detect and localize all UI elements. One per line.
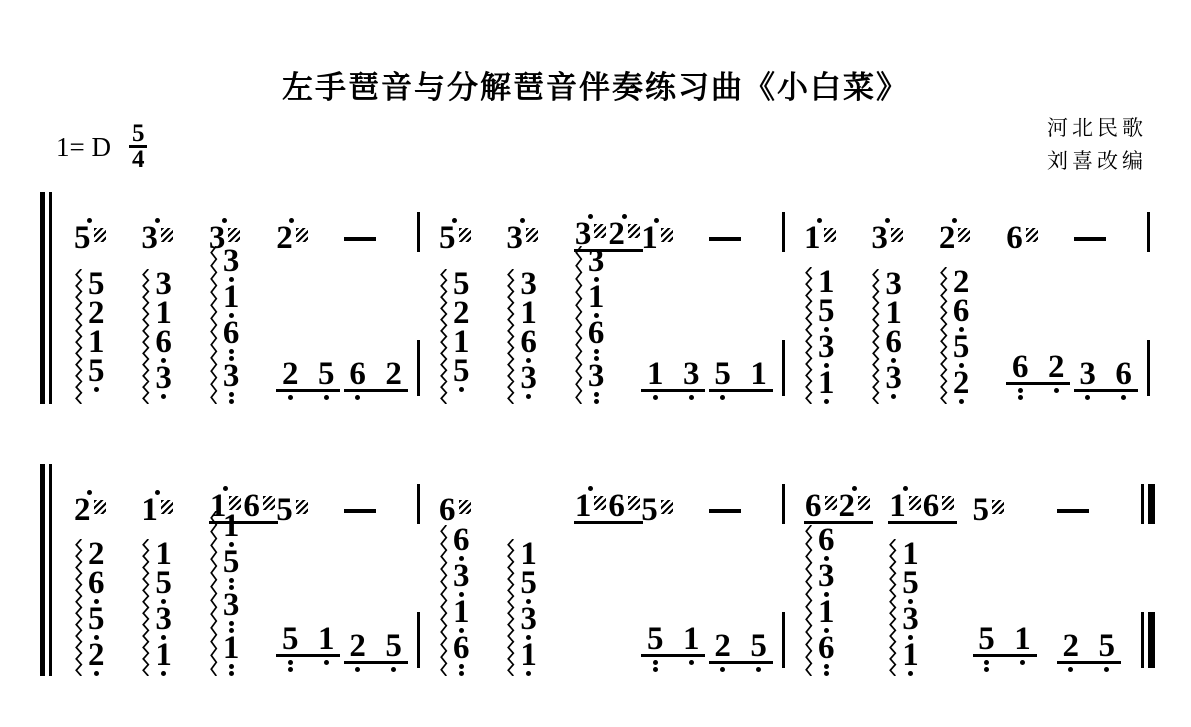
note-number: 6 xyxy=(1006,225,1023,252)
arpeggio-wavy-line-icon xyxy=(141,539,150,676)
arpeggio-wavy-line-icon xyxy=(141,269,150,404)
arpeggio-line xyxy=(439,525,448,676)
melody-cell xyxy=(1141,464,1155,524)
arpeggio-line xyxy=(74,269,83,404)
note-number: 5 xyxy=(1095,633,1119,660)
beat-column: 551 xyxy=(641,464,708,676)
note-number: 1 xyxy=(889,493,906,520)
accompaniment-cell: 5215 xyxy=(74,252,141,404)
octave-dots-below xyxy=(314,660,338,672)
chord-note: 1 xyxy=(520,541,537,568)
tremolo-mark-icon xyxy=(858,496,870,510)
chord-stack: 3163 xyxy=(223,246,240,404)
note-number: 6 xyxy=(223,320,240,347)
melody-cell xyxy=(1141,192,1155,252)
chord-note: 2 xyxy=(453,300,470,327)
note-number: 5 xyxy=(453,271,470,298)
note-number: 3 xyxy=(588,363,605,390)
system: 2265211531161531551256631615311655125626… xyxy=(40,464,1155,676)
octave-dots-below xyxy=(711,667,735,672)
pair-dots-row xyxy=(973,660,1037,672)
octave-dots-below xyxy=(594,392,599,404)
note-row: 2 xyxy=(608,221,640,248)
note-number: 3 xyxy=(818,563,835,590)
barline xyxy=(1147,340,1150,396)
pair-dots-row xyxy=(1074,395,1138,400)
note-number: 1 xyxy=(88,329,105,356)
chord-note: 3 xyxy=(520,606,537,640)
sheet-music-page: 左手琶音与分解琶音伴奏练习曲《小白菜》 1= D 5 4 河北民歌 刘喜改编 5… xyxy=(0,0,1191,727)
octave-dots-below xyxy=(161,394,166,399)
arpeggio-chord: 6316 xyxy=(804,525,835,676)
melody-note: 2 xyxy=(608,211,640,248)
accompaniment-cell: 2652 xyxy=(939,252,1006,404)
beat-column: 55215 xyxy=(74,192,141,404)
chord-note: 5 xyxy=(520,570,537,604)
bass-note-pair: 62 xyxy=(344,361,408,400)
note-row: 6 xyxy=(243,493,275,520)
arpeggio-wavy-line-icon xyxy=(804,267,813,404)
octave-dot-below-icon xyxy=(1054,388,1059,393)
melody-cell: 3 xyxy=(506,192,573,252)
octave-dots-below xyxy=(747,667,771,672)
note-number: 1 xyxy=(155,541,172,568)
pair-dots-row xyxy=(276,660,340,672)
barline xyxy=(417,484,420,524)
chord-note: 1 xyxy=(902,541,919,568)
octave-dot-below-icon xyxy=(288,395,293,400)
octave-dot-below-icon xyxy=(324,395,329,400)
accompaniment-cell: 1531 xyxy=(888,524,972,676)
pair-dots-row xyxy=(344,395,408,400)
note-number: 5 xyxy=(902,570,919,597)
melody-cell xyxy=(709,192,776,252)
octave-dot-below-icon xyxy=(1085,395,1090,400)
note-number: 5 xyxy=(88,606,105,633)
octave-dots-below xyxy=(679,395,703,400)
note-number: 3 xyxy=(141,225,158,252)
chord-note: 3 xyxy=(520,365,537,399)
melody-note: 3 xyxy=(141,215,173,252)
note-number: 6 xyxy=(155,329,172,356)
melody-cell: 1 xyxy=(141,464,208,524)
arpeggio-chord: 1531 xyxy=(804,267,835,404)
melody-cell: 3 xyxy=(141,192,208,252)
octave-dots-below xyxy=(278,660,302,672)
note-number: 1 xyxy=(223,284,240,311)
song-title: 左手琶音与分解琶音伴奏练习曲《小白菜》 xyxy=(0,62,1191,107)
chord-stack: 2652 xyxy=(88,539,105,676)
duration-dash xyxy=(1074,237,1106,242)
chord-note: 6 xyxy=(453,527,470,561)
chord-note: 1 xyxy=(818,370,835,404)
octave-dot-below-icon xyxy=(161,671,166,676)
octave-dots-below xyxy=(679,660,703,672)
note-row: 1 xyxy=(141,497,173,524)
melody-note: 2 xyxy=(276,215,308,252)
accompaniment-cell xyxy=(574,524,641,676)
arpeggio-wavy-line-icon xyxy=(939,267,948,404)
octave-dots-below xyxy=(975,660,999,672)
note-number: 5 xyxy=(223,549,240,576)
octave-dots-below xyxy=(711,395,735,400)
pair-dots-row xyxy=(709,667,773,672)
accompaniment-cell: 3163 xyxy=(871,252,938,404)
barline-column xyxy=(776,464,790,676)
octave-dots-below xyxy=(526,671,531,676)
note-number: 5 xyxy=(453,358,470,385)
tremolo-mark-icon xyxy=(824,228,836,242)
note-number: 1 xyxy=(1011,626,1035,653)
chord-note: 3 xyxy=(885,271,902,298)
octave-dots-below xyxy=(1112,395,1136,400)
octave-dot-below-icon xyxy=(229,621,234,626)
arpeggio-wavy-line-icon xyxy=(506,269,515,404)
pair-dots-row xyxy=(1006,388,1070,400)
octave-dot-below-icon xyxy=(229,671,234,676)
accompaniment-cell: 51 xyxy=(973,524,1057,676)
system: 5521533163331632256255215331633231631135… xyxy=(40,192,1155,404)
pair-underlined-row: 51 xyxy=(276,626,340,657)
octave-dot-below-icon xyxy=(355,667,360,672)
tremolo-mark-icon xyxy=(1026,228,1038,242)
beat-column: 161531 xyxy=(209,464,276,676)
octave-dot-below-icon xyxy=(161,394,166,399)
note-number: 2 xyxy=(953,370,970,397)
arpeggio-chord: 5215 xyxy=(439,269,470,404)
chord-note: 1 xyxy=(818,599,835,633)
note-number: 1 xyxy=(643,361,667,388)
beat-column: 25 xyxy=(344,464,411,676)
chord-stack: 1531 xyxy=(223,511,240,676)
note-number: 5 xyxy=(155,570,172,597)
underlined-note-group: 62 xyxy=(804,483,873,524)
tremolo-mark-icon xyxy=(628,224,640,238)
barline-thick xyxy=(1148,612,1155,668)
octave-dot-below-icon xyxy=(229,399,234,404)
beat-column: 25 xyxy=(709,464,776,676)
melody-cell xyxy=(344,464,411,524)
octave-dot-below-icon xyxy=(391,667,396,672)
barline xyxy=(782,484,785,524)
note-number: 2 xyxy=(346,633,370,660)
note-number: 2 xyxy=(88,300,105,327)
tremolo-mark-icon xyxy=(594,224,606,238)
pair-underlined-row: 25 xyxy=(1057,633,1121,664)
tremolo-mark-icon xyxy=(992,500,1004,514)
octave-dots-below xyxy=(1008,388,1032,400)
chord-note: 2 xyxy=(953,269,970,296)
octave-dot-below-icon xyxy=(1018,395,1023,400)
accompaniment-cell: 13 xyxy=(641,252,708,404)
melody-cell xyxy=(1057,464,1141,524)
octave-dot-below-icon xyxy=(594,399,599,404)
note-number: 5 xyxy=(278,626,302,653)
beat-column: 225 xyxy=(276,192,343,404)
note-number: 1 xyxy=(885,300,902,327)
chord-stack: 5215 xyxy=(88,269,105,404)
accompaniment-cell: 3163 xyxy=(141,252,208,404)
pair-dots-row xyxy=(276,395,340,400)
chord-note: 1 xyxy=(223,284,240,318)
octave-dot-below-icon xyxy=(689,660,694,665)
melody-cell: 32 xyxy=(574,192,641,252)
melody-note: 2 xyxy=(939,215,971,252)
duration-dash xyxy=(344,509,376,514)
barline-thick xyxy=(1148,484,1155,524)
note-number: 5 xyxy=(973,497,990,524)
chord-stack: 1531 xyxy=(520,539,537,676)
note-row: 2 xyxy=(839,493,871,520)
melody-note: 2 xyxy=(839,483,871,520)
credit-arranger: 刘喜改编 xyxy=(1047,145,1147,178)
chord-note: 3 xyxy=(223,363,240,404)
note-number: 3 xyxy=(506,225,523,252)
octave-dot-below-icon xyxy=(229,349,234,354)
octave-dot-below-icon xyxy=(94,387,99,392)
chord-note: 1 xyxy=(155,642,172,676)
arpeggio-chord: 2652 xyxy=(74,539,105,676)
chord-note: 2 xyxy=(88,300,105,327)
note-number: 1 xyxy=(588,284,605,311)
arpeggio-wavy-line-icon xyxy=(871,269,880,404)
note-number: 3 xyxy=(520,365,537,392)
octave-dots-below xyxy=(824,399,829,404)
bass-note-pair: 25 xyxy=(344,633,408,672)
chord-note: 1 xyxy=(155,541,172,568)
note-number: 3 xyxy=(885,271,902,298)
arpeggio-wavy-line-icon xyxy=(574,246,583,404)
chord-note: 6 xyxy=(155,329,172,363)
chord-note: 1 xyxy=(520,642,537,676)
accompaniment-cell: 62 xyxy=(1006,252,1073,404)
chord-note: 2 xyxy=(88,642,105,676)
note-number: 2 xyxy=(711,633,735,660)
chord-note: 1 xyxy=(902,642,919,676)
barline-thin xyxy=(1141,612,1144,668)
accompaniment-cell: 25 xyxy=(276,252,343,404)
note-number: 2 xyxy=(88,541,105,568)
note-number: 3 xyxy=(818,334,835,361)
arpeggio-line xyxy=(939,267,948,404)
octave-dots-below xyxy=(382,395,406,400)
note-row: 2 xyxy=(74,497,106,524)
arpeggio-wavy-line-icon xyxy=(209,246,218,404)
octave-dots-below xyxy=(278,395,302,400)
octave-dots-below xyxy=(459,664,464,676)
chord-note: 6 xyxy=(953,298,970,332)
arpeggio-chord: 5215 xyxy=(74,269,105,404)
beat-column: 66316 xyxy=(439,464,506,676)
note-number: 3 xyxy=(453,563,470,590)
octave-dots-below xyxy=(643,660,667,672)
arpeggio-line xyxy=(74,539,83,676)
chord-note: 3 xyxy=(223,248,240,282)
barline-column xyxy=(776,192,790,404)
arpeggio-wavy-line-icon xyxy=(209,511,218,676)
note-number: 2 xyxy=(88,642,105,669)
beat-column: 551 xyxy=(973,464,1057,676)
chord-note: 3 xyxy=(453,563,470,597)
pair-underlined-row: 25 xyxy=(344,633,408,664)
chord-note: 6 xyxy=(453,635,470,676)
tremolo-mark-icon xyxy=(661,500,673,514)
note-number: 5 xyxy=(276,497,293,524)
note-number: 5 xyxy=(953,334,970,361)
arpeggio-chord: 6316 xyxy=(439,525,470,676)
pair-underlined-row: 62 xyxy=(344,361,408,392)
chord-note: 2 xyxy=(88,541,105,568)
arpeggio-chord: 3163 xyxy=(209,246,240,404)
note-number: 5 xyxy=(711,361,735,388)
bass-note-pair: 51 xyxy=(641,626,705,672)
arpeggio-line xyxy=(871,269,880,404)
measure: 226521153116153155125 xyxy=(60,464,425,676)
melody-note: 1 xyxy=(804,215,836,252)
chord-note: 2 xyxy=(953,370,970,404)
chord-note: 3 xyxy=(885,365,902,399)
barline-column xyxy=(1141,464,1155,676)
chord-note: 1 xyxy=(588,284,605,318)
chord-note: 6 xyxy=(885,329,902,363)
chord-note: 5 xyxy=(953,334,970,368)
melody-cell xyxy=(411,464,425,524)
chord-stack: 6316 xyxy=(453,525,470,676)
key-signature-label: 1= D xyxy=(56,132,111,163)
note-number: 6 xyxy=(346,361,370,388)
tremolo-mark-icon xyxy=(161,500,173,514)
beat-column: 33163 xyxy=(209,192,276,404)
note-row: 5 xyxy=(276,497,308,524)
arpeggio-wavy-line-icon xyxy=(506,539,515,676)
accompaniment-cell: 1531 xyxy=(141,524,208,676)
pair-underlined-row: 51 xyxy=(973,626,1037,657)
note-number: 6 xyxy=(805,493,822,520)
note-number: 2 xyxy=(276,225,293,252)
tremolo-mark-icon xyxy=(628,496,640,510)
melody-note: 5 xyxy=(641,487,673,524)
arpeggio-chord: 1531 xyxy=(141,539,172,676)
octave-dot-below-icon xyxy=(824,399,829,404)
melody-cell xyxy=(344,192,411,252)
melody-cell: 2 xyxy=(939,192,1006,252)
melody-cell: 5 xyxy=(439,192,506,252)
melody-note: 6 xyxy=(805,483,837,520)
note-number: 6 xyxy=(953,298,970,325)
note-number: 3 xyxy=(885,365,902,392)
note-number: 6 xyxy=(88,570,105,597)
beat-column: 62 xyxy=(344,192,411,404)
beat-column: 11531 xyxy=(141,464,208,676)
tremolo-mark-icon xyxy=(891,228,903,242)
melody-note: 6 xyxy=(608,483,640,520)
accompaniment-cell xyxy=(776,252,790,404)
arpeggio-line xyxy=(804,525,813,676)
pair-dots-row xyxy=(641,395,705,400)
note-number: 2 xyxy=(74,497,91,524)
final-barline xyxy=(1141,484,1155,524)
note-number: 5 xyxy=(382,633,406,660)
note-number: 3 xyxy=(520,606,537,633)
chord-stack: 1531 xyxy=(902,539,919,676)
arpeggio-line xyxy=(506,269,515,404)
tremolo-mark-icon xyxy=(459,500,471,514)
octave-dots-below xyxy=(161,671,166,676)
beat-column: 33163 xyxy=(141,192,208,404)
melody-cell: 5 xyxy=(74,192,141,252)
barline xyxy=(782,212,785,252)
time-signature-denominator: 4 xyxy=(132,148,145,170)
octave-dot-below-icon xyxy=(720,395,725,400)
tremolo-mark-icon xyxy=(161,228,173,242)
octave-dot-below-icon xyxy=(653,667,658,672)
note-row: 2 xyxy=(276,225,308,252)
note-number: 3 xyxy=(223,592,240,619)
arpeggio-wavy-line-icon xyxy=(74,539,83,676)
chord-note: 6 xyxy=(88,570,105,604)
chord-note: 1 xyxy=(223,513,240,547)
arpeggio-chord: 3163 xyxy=(871,269,902,404)
arpeggio-chord: 3163 xyxy=(574,246,605,404)
note-row: 5 xyxy=(74,225,106,252)
barline xyxy=(417,340,420,396)
note-row: 6 xyxy=(439,497,471,524)
octave-dot-below-icon xyxy=(653,660,658,665)
note-number: 1 xyxy=(902,642,919,669)
melody-note: 1 xyxy=(575,483,607,520)
arpeggio-chord: 1531 xyxy=(888,539,919,676)
melody-note: 3 xyxy=(506,215,538,252)
pair-underlined-row: 51 xyxy=(709,361,773,392)
octave-dot-below-icon xyxy=(229,664,234,669)
octave-dots-below xyxy=(382,667,406,672)
note-number: 5 xyxy=(643,626,667,653)
octave-dot-below-icon xyxy=(94,671,99,676)
octave-dots-below xyxy=(908,671,913,676)
accompaniment-cell xyxy=(411,524,425,676)
accompaniment-cell: 6316 xyxy=(439,524,506,676)
barline xyxy=(1147,212,1150,252)
octave-dot-below-icon xyxy=(653,395,658,400)
note-number: 1 xyxy=(520,642,537,669)
barline-column xyxy=(411,192,425,404)
octave-dots-below xyxy=(824,664,829,676)
octave-dot-below-icon xyxy=(355,395,360,400)
melody-note: 2 xyxy=(74,487,106,524)
duration-dash xyxy=(1057,509,1089,514)
note-number: 3 xyxy=(588,248,605,275)
octave-dot-below-icon xyxy=(288,667,293,672)
octave-dot-below-icon xyxy=(984,667,989,672)
tremolo-mark-icon xyxy=(594,496,606,510)
melody-cell xyxy=(776,464,790,524)
chord-stack: 1531 xyxy=(155,539,172,676)
chord-note: 3 xyxy=(155,271,172,298)
barline-column xyxy=(411,464,425,676)
melody-note: 6 xyxy=(243,483,275,520)
note-number: 1 xyxy=(223,635,240,662)
chord-stack: 2652 xyxy=(953,267,970,404)
octave-dots-below xyxy=(526,394,531,399)
octave-dots-below xyxy=(314,395,338,400)
tremolo-mark-icon xyxy=(296,228,308,242)
pair-dots-row xyxy=(641,660,705,672)
note-number: 2 xyxy=(382,361,406,388)
chord-note: 5 xyxy=(453,271,470,298)
octave-dot-below-icon xyxy=(526,671,531,676)
note-row: 5 xyxy=(439,225,471,252)
chord-note: 3 xyxy=(588,363,605,404)
